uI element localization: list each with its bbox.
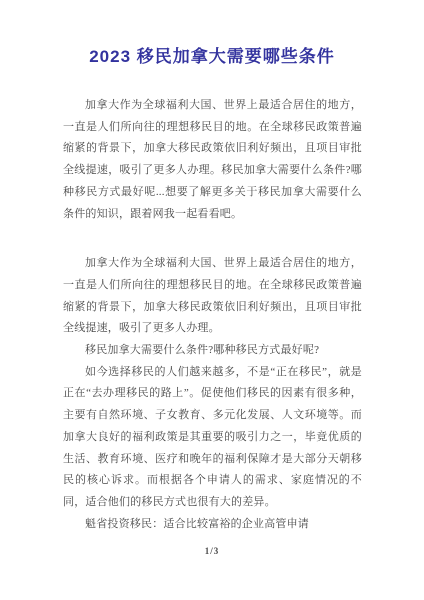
- page-number: 1/3: [0, 545, 424, 557]
- paragraph: 移民加拿大需要什么条件?哪种移民方式最好呢?: [63, 340, 362, 362]
- document-title: 2023 移民加拿大需要哪些条件: [30, 44, 394, 70]
- document-page: 2023 移民加拿大需要哪些条件 加拿大作为全球福利大国、世界上最适合居住的地方…: [0, 0, 424, 600]
- paragraph: 魁省投资移民：适合比较富裕的企业高管申请: [63, 514, 362, 536]
- paragraph: 如今选择移民的人们越来越多，不是“正在移民”，就是正在“去办理移民的路上”。促使…: [63, 362, 362, 514]
- paragraph: 加拿大作为全球福利大国、世界上最适合居住的地方，一直是人们所向往的理想移民目的地…: [63, 253, 362, 340]
- paragraph: 加拿大作为全球福利大国、世界上最适合居住的地方，一直是人们所向往的理想移民目的地…: [63, 95, 362, 225]
- paragraph-list: 加拿大作为全球福利大国、世界上最适合居住的地方，一直是人们所向往的理想移民目的地…: [63, 95, 362, 535]
